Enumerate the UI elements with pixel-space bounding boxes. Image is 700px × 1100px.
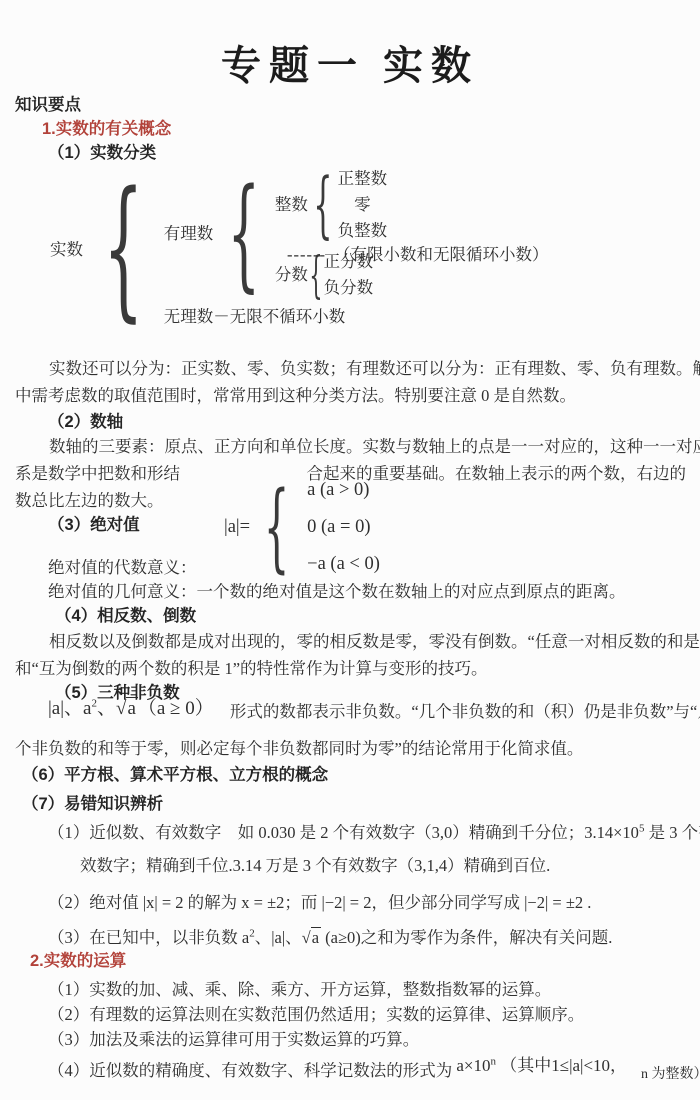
paragraph-line: 个非负数的和等于零，则必定每个非负数都同时为零”的结论常用于化简求值。 <box>15 736 583 762</box>
formula-lhs: |a|= <box>224 517 250 538</box>
dash-line: ------ <box>287 245 326 264</box>
brace-icon: { <box>313 175 332 234</box>
pitfall-item-2: （2）绝对值 |x| = 2 的解为 x = ±2；而 |−2| = 2，但少部… <box>48 890 591 916</box>
diagram-fraction-label: 分数 <box>275 262 308 288</box>
subsection-6-heading: （6）平方根、算术平方根、立方根的概念 <box>22 762 328 788</box>
subsection-2-heading: （2）数轴 <box>48 409 123 435</box>
brace-icon: { <box>228 183 261 283</box>
ops-item-1: （1）实数的加、减、乘、除、乘方、开方运算，整数指数幂的运算。 <box>48 977 551 1003</box>
diagram-irrational-label: 无理数－无限不循环小数 <box>164 307 346 326</box>
subsection-7-heading: （7）易错知识辨析 <box>22 791 163 817</box>
paragraph-line: 相反数以及倒数都是成对出现的，零的相反数是零，零没有倒数。“任意一对相反数的和是… <box>49 629 700 655</box>
nonneg-formula-line: |a|、a2、√a（a ≥ 0） 形式的数都表示非负数。“几个非负数的和（积）仍… <box>48 696 700 722</box>
nonneg-formula: |a|、a2、√a（a ≥ 0） <box>48 698 214 719</box>
section-2-heading: 2.实数的运算 <box>30 948 126 974</box>
formula-case: −a (a < 0) <box>307 546 380 583</box>
ops-item-2: （2）有理数的运算法则在实数范围仍然适用；实数的运算律、运算顺序。 <box>48 1002 584 1028</box>
paragraph-line: 中需考虑数的取值范围时，常常用到这种分类方法。特别要注意 0 是自然数。 <box>15 383 576 409</box>
paragraph-line: 绝对值的代数意义： <box>48 555 197 581</box>
doc-title: 专题一 实数 <box>0 34 700 91</box>
sci-notation-formula: a×10n （其中1≤|a|<10， <box>456 1056 627 1075</box>
paragraph-line: 绝对值的几何意义：一个数的绝对值是这个数在数轴上的对应点到原点的距离。 <box>48 579 626 605</box>
diagram-rational-label: 有理数 <box>164 221 214 247</box>
paragraph-line: 实数还可以分为：正实数、零、负实数；有理数还可以分为：正有理数、零、负有理数。解… <box>49 356 700 382</box>
paragraph-line: 数总比左边的数大。 <box>15 488 164 514</box>
knowledge-points-label: 知识要点 <box>15 92 81 118</box>
decimal-note: ------（有限小数和无限循环小数） <box>287 241 548 265</box>
subsection-4-heading: （4）相反数、倒数 <box>55 603 196 629</box>
formula-case: a (a > 0) <box>307 472 380 509</box>
diagram-root-label: 实数 <box>50 236 83 260</box>
diagram-item: 零 <box>338 192 388 218</box>
paragraph-line: 数轴的三要素：原点、正方向和单位长度。实数与数轴上的点是一一对应的，这种一一对应… <box>49 434 700 460</box>
diagram-integer-label: 整数 <box>275 192 308 218</box>
paragraph-line: 系是数学中把数和形结 <box>15 461 180 487</box>
subsection-3-heading: （3）绝对值 <box>48 512 140 538</box>
ops-item-3: （3）加法及乘法的运算律可用于实数运算的巧算。 <box>48 1027 419 1053</box>
abs-value-formula: |a|= { a (a > 0) 0 (a = 0) −a (a < 0) <box>224 472 380 583</box>
diagram-item: 正整数 <box>338 166 388 192</box>
section-1-heading: 1.实数的有关概念 <box>42 116 171 142</box>
pitfall-item-1-line-2: 效数字；精确到千位.3.14 万是 3 个有效数字（3,1,4）精确到百位. <box>80 853 550 879</box>
pitfall-item-3: （3）在已知中，以非负数 a2、|a|、√a (a≥0)之和为零作为条件，解决有… <box>48 925 612 951</box>
sqrt-radical: √a <box>302 927 321 947</box>
paragraph-line: 和“互为倒数的两个数的积是 1”的特性常作为计算与变形的技巧。 <box>15 656 488 682</box>
formula-case: 0 (a = 0) <box>307 509 380 546</box>
diagram-item: 负分数 <box>324 275 374 301</box>
brace-icon: { <box>103 186 144 311</box>
brace-icon: { <box>264 488 290 567</box>
pitfall-item-1-line-1: （1）近似数、有效数字 如 0.030 是 2 个有效数字（3,0）精确到千分位… <box>48 820 700 846</box>
ops-item-4: （4）近似数的精确度、有效数字、科学记数法的形式为 a×10n （其中1≤|a|… <box>48 1058 700 1086</box>
sqrt-radical: √a <box>116 697 138 719</box>
paragraph-line: 形式的数都表示非负数。“几个非负数的和（积）仍是非负数”与“几 <box>230 702 700 721</box>
document-page: 专题一 实数 知识要点 1.实数的有关概念 （1）实数分类 实数 { 有理数 {… <box>0 0 700 1100</box>
